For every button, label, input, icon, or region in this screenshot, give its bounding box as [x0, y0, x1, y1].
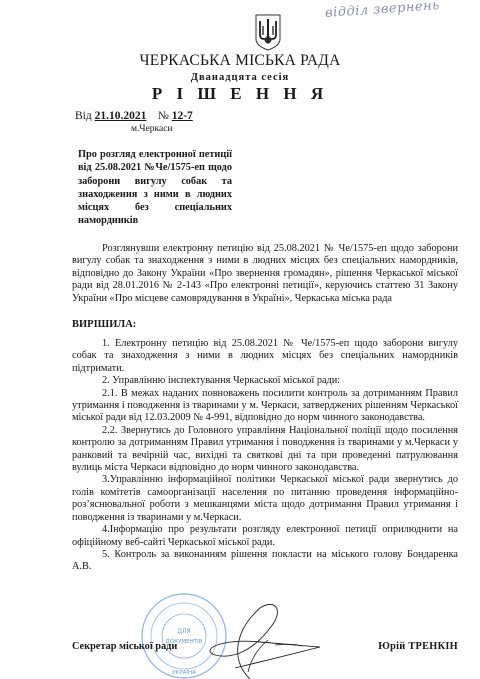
preamble-text: Розглянувши електронну петицію від 25.08…	[72, 243, 458, 305]
document-type-title: Р І Ш Е Н Н Я	[0, 84, 480, 104]
decision-number: 12-7	[172, 110, 193, 122]
decision-date: 21.10.2021	[95, 110, 147, 122]
handwritten-note: відділ звернень	[325, 0, 441, 21]
decision-item: 2. Управлінню інспектування Черкаської м…	[72, 375, 458, 387]
number-label: №	[158, 110, 169, 122]
stamp-inner-text-1: ДЛЯ	[177, 628, 190, 635]
document-page: відділ звернень ЧЕРКАСЬКА МІСЬКА РАДА Дв…	[0, 0, 480, 679]
decision-item: 1. Електронну петицію від 25.08.2021 № Ч…	[72, 338, 458, 375]
decision-item: 5. Контроль за виконанням рішення поклас…	[72, 549, 458, 574]
date-label: Від	[75, 110, 92, 122]
signatory-position: Секретар міської ради	[72, 641, 177, 652]
signatory-name: Юрій ТРЕНКІН	[378, 641, 458, 652]
date-number-line: Від 21.10.2021 № 12-7	[75, 110, 193, 122]
decision-item: 4.Інформацію про результати розгляду еле…	[72, 524, 458, 549]
trident-coat-of-arms-icon	[254, 13, 282, 51]
session-label: Дванадцята сесія	[0, 72, 480, 83]
decision-item: 2.1. В межах наданих повноважень посилит…	[72, 388, 458, 425]
decision-item: 2.2. Звернутись до Головного управління …	[72, 425, 458, 475]
council-name: ЧЕРКАСЬКА МІСЬКА РАДА	[0, 52, 480, 70]
decision-item: 3.Управлінню інформаційної політики Черк…	[72, 474, 458, 524]
preamble: Розглянувши електронну петицію від 25.08…	[72, 243, 458, 305]
city-label: м.Черкаси	[131, 124, 173, 134]
decision-items: 1. Електронну петицію від 25.08.2021 № Ч…	[72, 338, 458, 574]
resolved-label: ВИРІШИЛА:	[72, 319, 136, 330]
decision-subject: Про розгляд електронної петиції від 25.0…	[78, 148, 232, 228]
handwritten-signature	[190, 600, 330, 679]
